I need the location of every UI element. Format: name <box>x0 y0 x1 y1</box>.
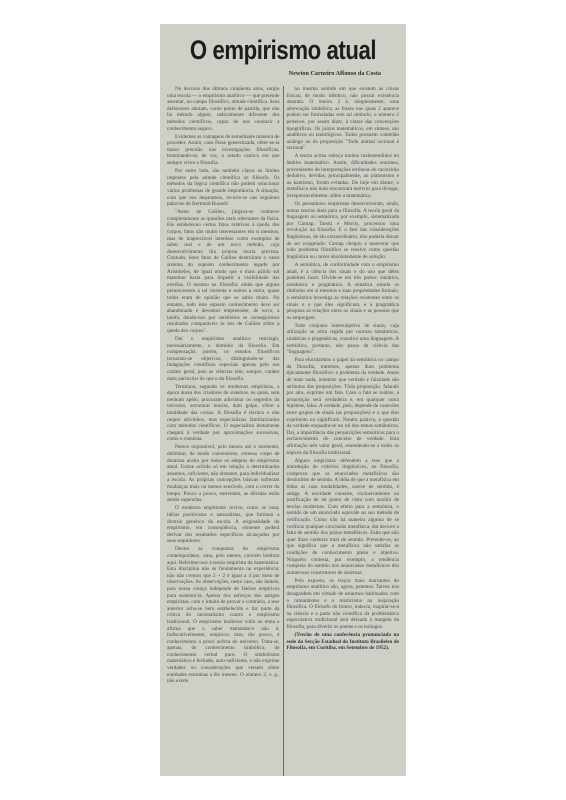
paragraph: O moderno empirismo revive, como se nota… <box>167 505 280 545</box>
paragraph: "Antes de Galileu, julgava-se conhecer c… <box>167 209 280 334</box>
paragraph: Por outro lado, são também claros os lim… <box>167 168 280 208</box>
paragraph: Alguns empiristas defendem a tese que a … <box>287 458 400 577</box>
paragraph: Todo conjunto intersubjetivo de sinais, … <box>287 323 400 356</box>
paragraph: No decurso dos últimos cinqüenta anos, s… <box>167 86 280 132</box>
paragraph: Terminou, segundo os modernos empiristas… <box>167 384 280 443</box>
left-column: No decurso dos últimos cinqüenta anos, s… <box>167 86 284 776</box>
paragraph: no mesmo sentido em que existem as coisa… <box>287 86 400 152</box>
paragraph: A teoria acima esboça muitos malentendid… <box>287 153 400 199</box>
paragraph: Daí o empirismo analítico restringir, ne… <box>167 336 280 382</box>
article-title: O empirismo atual <box>188 34 378 66</box>
article-author: Newton Carneiro Affonso da Costa <box>167 70 399 77</box>
paragraph: Parece impossível, pelo menos até o mome… <box>167 444 280 503</box>
paragraph: Para elucidarmos o papel da semiótica no… <box>287 357 400 456</box>
newspaper-clipping: O empirismo atual Newton Carneiro Affons… <box>160 24 406 776</box>
closing-note: (Trecho de uma conferência pronunciada n… <box>287 632 400 652</box>
paragraph: A semiótica, de conformidade com o empir… <box>287 262 400 321</box>
article-body: No decurso dos últimos cinqüenta anos, s… <box>167 86 399 776</box>
paragraph: Pelo exposto, os traços mais marcantes d… <box>287 578 400 631</box>
paragraph: Dentre as conquistas do empirismo contem… <box>167 546 280 684</box>
right-column: no mesmo sentido em que existem as coisa… <box>284 86 400 776</box>
paragraph: Os pensadores empiristas desenvolveram, … <box>287 201 400 260</box>
paragraph: Evidentes as vantagens de semelhante man… <box>167 134 280 167</box>
